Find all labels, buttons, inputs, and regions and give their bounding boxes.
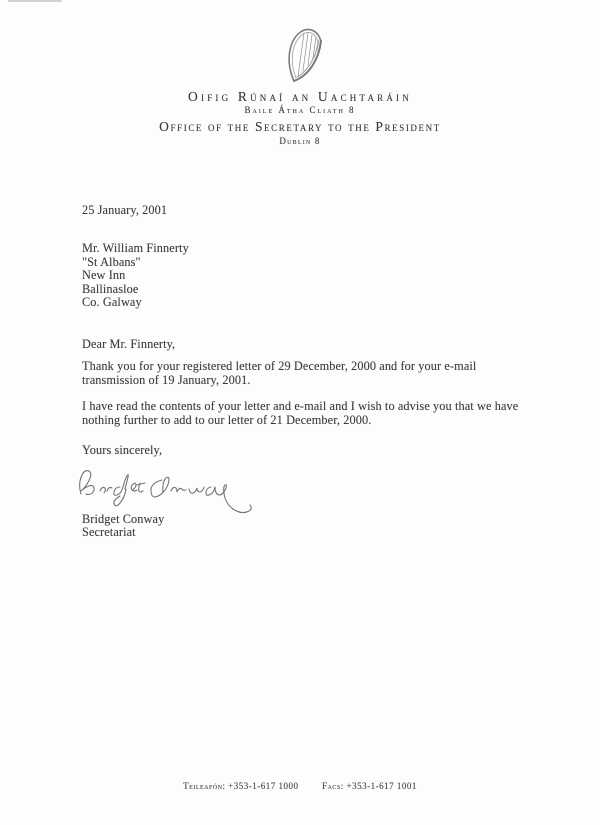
recipient-address: Mr. William Finnerty "St Albans" New Inn… <box>82 242 189 310</box>
recipient-line: "St Albans" <box>82 256 189 270</box>
letter-date: 25 January, 2001 <box>82 204 167 218</box>
recipient-line: Ballinasloe <box>82 283 189 297</box>
footer-contact-line: Teileafón: +353-1-617 1000 Facs: +353-1-… <box>0 781 600 791</box>
recipient-line: Mr. William Finnerty <box>82 242 189 256</box>
closing: Yours sincerely, <box>82 444 162 458</box>
paragraph-line: Thank you for your registered letter of … <box>82 360 476 374</box>
letterhead-address-english: Dublin 8 <box>0 136 600 146</box>
telephone-label: Teileafón: <box>183 781 225 791</box>
paragraph-line: nothing further to add to our letter of … <box>82 414 518 428</box>
paragraph: Thank you for your registered letter of … <box>82 360 476 387</box>
recipient-line: Co. Galway <box>82 296 189 310</box>
handwritten-signature <box>74 463 259 515</box>
letterhead-org-english: Office of the Secretary to the President <box>0 119 600 135</box>
signature-role: Secretariat <box>82 526 136 540</box>
recipient-line: New Inn <box>82 269 189 283</box>
scanned-letter-page: Oifig Rúnaí an Uachtaráin Baile Átha Cli… <box>0 0 600 825</box>
scan-artifact-mark <box>8 0 62 2</box>
paragraph-line: I have read the contents of your letter … <box>82 400 518 414</box>
letterhead-address-irish: Baile Átha Cliath 8 <box>0 105 600 115</box>
fax-label: Facs: <box>322 781 344 791</box>
irish-harp-icon <box>277 26 333 90</box>
telephone-number: +353-1-617 1000 <box>228 781 298 791</box>
letterhead-org-irish: Oifig Rúnaí an Uachtaráin <box>0 89 600 105</box>
fax-number: +353-1-617 1001 <box>347 781 417 791</box>
salutation: Dear Mr. Finnerty, <box>82 338 175 352</box>
paragraph: I have read the contents of your letter … <box>82 400 518 427</box>
paragraph-line: transmission of 19 January, 2001. <box>82 374 476 388</box>
